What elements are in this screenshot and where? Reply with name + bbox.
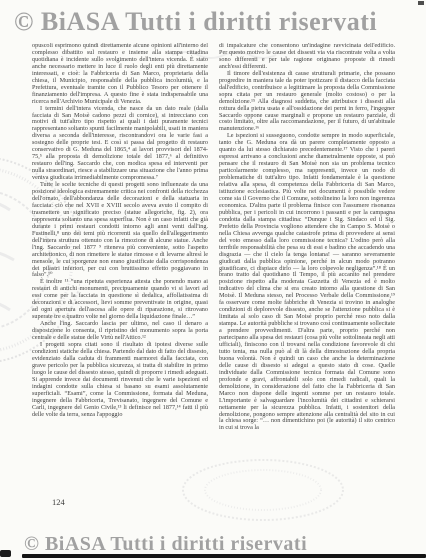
page-number: 124 [52, 497, 65, 507]
paragraph: È inoltre ¹¹ “una ripetuta esperienza at… [32, 279, 208, 321]
text-column-left: opuscoli esprimono quindi direttamente a… [32, 43, 208, 491]
scan-corner-mark [0, 550, 11, 557]
scan-edge-bar [22, 554, 426, 558]
paragraph: I progetti sopra citati sono il risultat… [32, 342, 208, 418]
paragraph: di impalcature che consentono un'indagin… [219, 43, 395, 71]
paragraph: Le ispezioni si susseguono, condotte sem… [219, 133, 395, 432]
article-text: opuscoli esprimono quindi direttamente a… [32, 43, 396, 491]
scanned-page: © BiASA Tutti i diritti riservati opusco… [0, 0, 426, 560]
watermark-bottom: © BiASA Tutti i diritti riservati [24, 533, 307, 556]
paragraph: I termini dell'intera vicenda, che nasce… [32, 106, 208, 182]
paragraph: opuscoli esprimono quindi direttamente a… [32, 43, 208, 106]
paragraph: Anche l'ing. Saccardo lascia per ultimo,… [32, 321, 208, 342]
scan-top-right-mark [418, 1, 424, 5]
paragraph: Il timore dell'esistenza di cause strutt… [219, 71, 395, 134]
paragraph: Tutte le scelte tecniche di questi proge… [32, 182, 208, 279]
watermark-top: © BiASA Tutti i diritti riservati [14, 7, 377, 37]
text-column-right: di impalcature che consentono un'indagin… [219, 43, 395, 491]
